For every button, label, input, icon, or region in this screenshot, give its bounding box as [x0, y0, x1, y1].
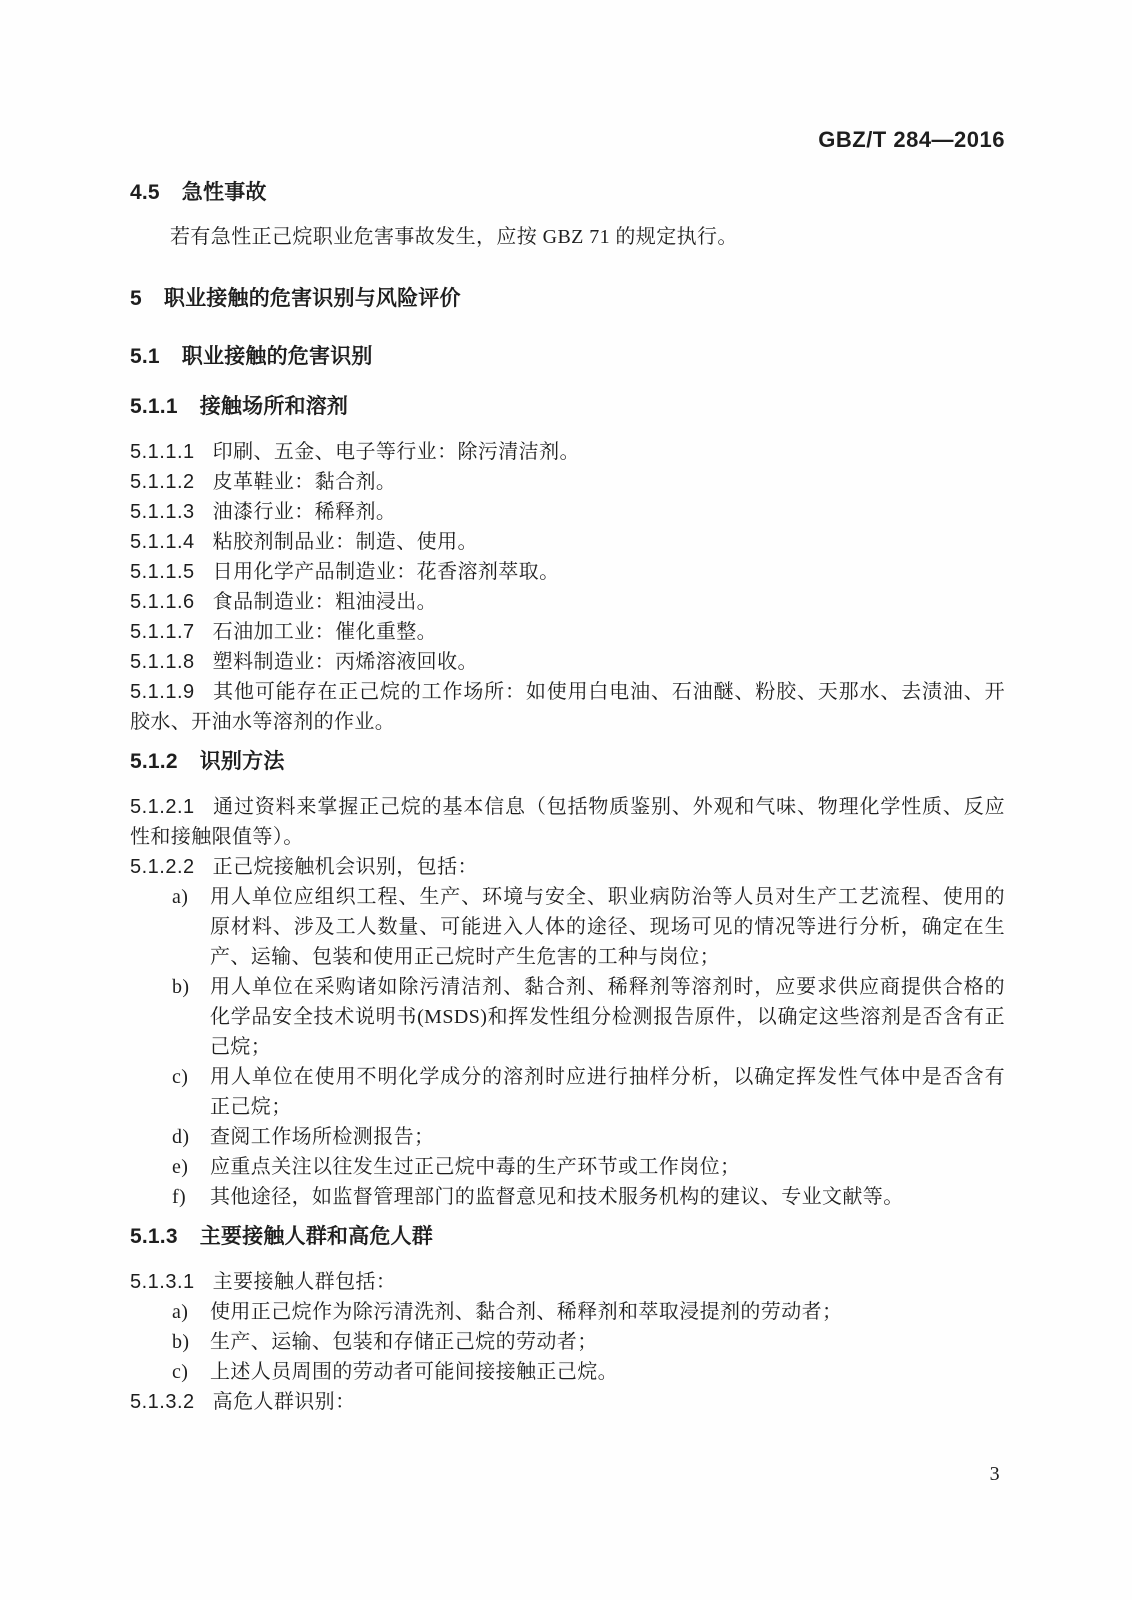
clause-5-1-1-5: 5.1.1.5日用化学产品制造业：花香溶剂萃取。 — [130, 557, 1005, 587]
clause-text: 日用化学产品制造业：花香溶剂萃取。 — [213, 561, 560, 583]
list-item-text: 查阅工作场所检测报告； — [210, 1126, 434, 1148]
document-page: GBZ/T 284—2016 4.5急性事故 若有急性正己烷职业危害事故发生，应… — [0, 0, 1132, 1600]
list-item-b: b)用人单位在采购诸如除污清洁剂、黏合剂、稀释剂等溶剂时，应要求供应商提供合格的… — [130, 972, 1005, 1062]
list-marker: a) — [172, 1297, 188, 1327]
clause-5-1-1-2: 5.1.1.2皮革鞋业：黏合剂。 — [130, 467, 1005, 497]
clause-text: 高危人群识别： — [213, 1391, 356, 1413]
clause-number: 5.1.1.3 — [130, 501, 195, 523]
clause-text: 石油加工业：催化重整。 — [213, 621, 437, 643]
list-item-f: f)其他途径，如监督管理部门的监督意见和技术服务机构的建议、专业文献等。 — [130, 1182, 1005, 1212]
clause-text: 通过资料来掌握正己烷的基本信息（包括物质鉴别、外观和气味、物理化学性质、反应性和… — [130, 796, 1005, 848]
clause-text: 主要接触人群包括： — [213, 1271, 397, 1293]
list-marker: f) — [172, 1182, 186, 1212]
heading-title: 职业接触的危害识别与风险评价 — [164, 287, 461, 310]
list-item-text: 使用正己烷作为除污清洗剂、黏合剂、稀释剂和萃取浸提剂的劳动者； — [210, 1301, 842, 1323]
clause-5-1-2-1: 5.1.2.1通过资料来掌握正己烷的基本信息（包括物质鉴别、外观和气味、物理化学… — [130, 792, 1005, 852]
heading-number: 5.1.1 — [130, 395, 178, 418]
clause-text: 食品制造业：粗油浸出。 — [213, 591, 437, 613]
list-item-text: 应重点关注以往发生过正己烷中毒的生产环节或工作岗位； — [210, 1156, 740, 1178]
clause-group-5-1-1: 5.1.1.1印刷、五金、电子等行业：除污清洁剂。 5.1.1.2皮革鞋业：黏合… — [130, 437, 1005, 737]
clause-number: 5.1.1.2 — [130, 471, 195, 493]
list-item-a: a)用人单位应组织工程、生产、环境与安全、职业病防治等人员对生产工艺流程、使用的… — [130, 882, 1005, 972]
heading-number: 5 — [130, 287, 142, 310]
heading-5-1-1: 5.1.1接触场所和溶剂 — [130, 392, 1005, 422]
heading-number: 5.1 — [130, 345, 160, 368]
heading-number: 5.1.2 — [130, 750, 178, 773]
heading-5-1-3: 5.1.3主要接触人群和高危人群 — [130, 1222, 1005, 1252]
heading-number: 5.1.3 — [130, 1225, 178, 1248]
list-marker: c) — [172, 1062, 188, 1092]
list-item-text: 生产、运输、包装和存储正己烷的劳动者； — [210, 1331, 598, 1353]
clause-5-1-1-1: 5.1.1.1印刷、五金、电子等行业：除污清洁剂。 — [130, 437, 1005, 467]
heading-title: 识别方法 — [200, 750, 285, 773]
clause-5-1-1-4: 5.1.1.4粘胶剂制品业：制造、使用。 — [130, 527, 1005, 557]
heading-title: 主要接触人群和高危人群 — [200, 1225, 433, 1248]
list-item-text: 上述人员周围的劳动者可能间接接触正己烷。 — [210, 1361, 618, 1383]
clause-number: 5.1.2.2 — [130, 856, 195, 878]
list-item-e: e)应重点关注以往发生过正己烷中毒的生产环节或工作岗位； — [130, 1152, 1005, 1182]
clause-5-1-3-1: 5.1.3.1主要接触人群包括： — [130, 1267, 1005, 1297]
clause-text: 塑料制造业：丙烯溶液回收。 — [213, 651, 478, 673]
document-code: GBZ/T 284—2016 — [130, 128, 1005, 152]
clause-number: 5.1.3.1 — [130, 1271, 195, 1293]
clause-group-5-1-3: 5.1.3.1主要接触人群包括： a)使用正己烷作为除污清洗剂、黏合剂、稀释剂和… — [130, 1267, 1005, 1417]
paragraph-4-5: 若有急性正己烷职业危害事故发生，应按 GBZ 71 的规定执行。 — [130, 222, 1005, 252]
clause-number: 5.1.1.7 — [130, 621, 195, 643]
clause-number: 5.1.1.4 — [130, 531, 195, 553]
clause-5-1-1-7: 5.1.1.7石油加工业：催化重整。 — [130, 617, 1005, 647]
heading-5-1: 5.1职业接触的危害识别 — [130, 342, 1005, 372]
list-item-text: 用人单位在采购诸如除污清洁剂、黏合剂、稀释剂等溶剂时，应要求供应商提供合格的化学… — [210, 976, 1005, 1058]
clause-number: 5.1.1.8 — [130, 651, 195, 673]
list-item-c: c)用人单位在使用不明化学成分的溶剂时应进行抽样分析，以确定挥发性气体中是否含有… — [130, 1062, 1005, 1122]
clause-text: 皮革鞋业：黏合剂。 — [213, 471, 397, 493]
list-item-c: c)上述人员周围的劳动者可能间接接触正己烷。 — [130, 1357, 1005, 1387]
clause-number: 5.1.1.1 — [130, 441, 195, 463]
clause-number: 5.1.3.2 — [130, 1391, 195, 1413]
clause-text: 粘胶剂制品业：制造、使用。 — [213, 531, 478, 553]
list-marker: a) — [172, 882, 188, 912]
clause-text: 印刷、五金、电子等行业：除污清洁剂。 — [213, 441, 580, 463]
heading-number: 4.5 — [130, 181, 160, 204]
clause-5-1-1-8: 5.1.1.8塑料制造业：丙烯溶液回收。 — [130, 647, 1005, 677]
clause-text: 其他可能存在正己烷的工作场所：如使用白电油、石油醚、粉胶、天那水、去渍油、开胶水… — [130, 681, 1005, 733]
page-number: 3 — [990, 1462, 1000, 1486]
clause-group-5-1-2: 5.1.2.1通过资料来掌握正己烷的基本信息（包括物质鉴别、外观和气味、物理化学… — [130, 792, 1005, 1212]
list-item-text: 用人单位在使用不明化学成分的溶剂时应进行抽样分析，以确定挥发性气体中是否含有正己… — [210, 1066, 1005, 1118]
clause-5-1-1-6: 5.1.1.6食品制造业：粗油浸出。 — [130, 587, 1005, 617]
clause-number: 5.1.1.9 — [130, 681, 195, 703]
clause-5-1-1-3: 5.1.1.3油漆行业：稀释剂。 — [130, 497, 1005, 527]
list-item-text: 其他途径，如监督管理部门的监督意见和技术服务机构的建议、专业文献等。 — [210, 1186, 904, 1208]
clause-5-1-2-2: 5.1.2.2正己烷接触机会识别，包括： — [130, 852, 1005, 882]
clause-text: 正己烷接触机会识别，包括： — [213, 856, 478, 878]
heading-title: 职业接触的危害识别 — [182, 345, 373, 368]
list-item-b: b)生产、运输、包装和存储正己烷的劳动者； — [130, 1327, 1005, 1357]
clause-5-1-3-2: 5.1.3.2高危人群识别： — [130, 1387, 1005, 1417]
heading-title: 接触场所和溶剂 — [200, 395, 348, 418]
heading-5: 5职业接触的危害识别与风险评价 — [130, 284, 1005, 314]
clause-number: 5.1.1.6 — [130, 591, 195, 613]
heading-title: 急性事故 — [182, 181, 267, 204]
list-marker: e) — [172, 1152, 188, 1182]
list-item-text: 用人单位应组织工程、生产、环境与安全、职业病防治等人员对生产工艺流程、使用的原材… — [210, 886, 1005, 968]
clause-number: 5.1.1.5 — [130, 561, 195, 583]
heading-5-1-2: 5.1.2识别方法 — [130, 747, 1005, 777]
list-marker: b) — [172, 972, 189, 1002]
list-marker: b) — [172, 1327, 189, 1357]
list-item-a: a)使用正己烷作为除污清洗剂、黏合剂、稀释剂和萃取浸提剂的劳动者； — [130, 1297, 1005, 1327]
list-marker: c) — [172, 1357, 188, 1387]
heading-4-5: 4.5急性事故 — [130, 178, 1005, 208]
clause-number: 5.1.2.1 — [130, 796, 195, 818]
clause-5-1-1-9: 5.1.1.9其他可能存在正己烷的工作场所：如使用白电油、石油醚、粉胶、天那水、… — [130, 677, 1005, 737]
list-marker: d) — [172, 1122, 189, 1152]
clause-text: 油漆行业：稀释剂。 — [213, 501, 397, 523]
list-item-d: d)查阅工作场所检测报告； — [130, 1122, 1005, 1152]
